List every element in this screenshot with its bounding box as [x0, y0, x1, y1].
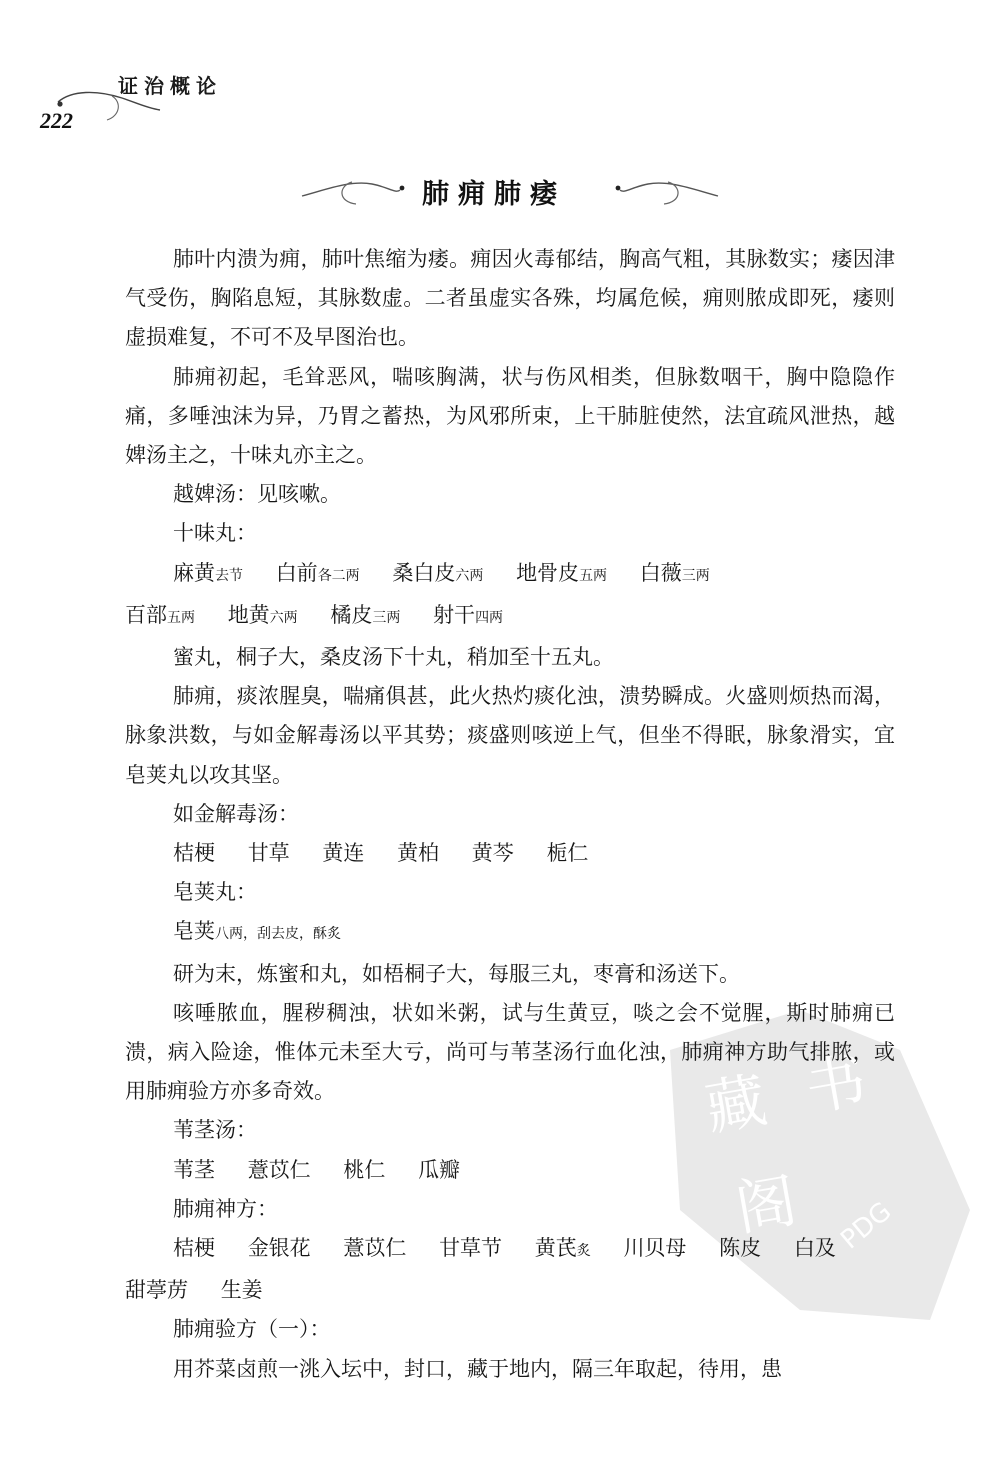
ingredient-list: 桔梗 甘草 黄连 黄柏 黄芩 栀仁: [125, 834, 895, 873]
recipe-heading: 肺痈神方：: [125, 1190, 895, 1229]
ingredient-note: 五两: [167, 610, 195, 626]
ingredient-name: 麻黄: [173, 561, 215, 585]
ingredient-name: 生姜: [221, 1278, 263, 1302]
paragraph: 肺痈，痰浓腥臭，喘痛俱甚，此火热灼痰化浊，溃势瞬成。火盛则烦热而渴，脉象洪数，与…: [125, 677, 895, 795]
ingredient-name: 地骨皮: [516, 561, 579, 585]
ingredient-name: 桔梗: [173, 1236, 215, 1260]
ingredient-name: 薏苡仁: [343, 1236, 406, 1260]
paragraph: 肺叶内溃为痈，肺叶焦缩为痿。痈因火毒郁结，胸高气粗，其脉数实；痿因津气受伤，胸陷…: [125, 240, 895, 358]
paragraph: 用芥菜卤煎一洮入坛中，封口，藏于地内，隔三年取起，待用，患: [125, 1350, 895, 1389]
ingredient-note: 五两: [579, 568, 607, 584]
paragraph: 咳唾脓血，腥秽稠浊，状如米粥，试与生黄豆，啖之会不觉腥，斯时肺痈已溃，病入险途，…: [125, 994, 895, 1112]
paragraph: 研为末，炼蜜和丸，如梧桐子大，每服三丸，枣膏和汤送下。: [125, 955, 895, 994]
ingredient-note: 四两: [475, 610, 503, 626]
ingredient-name: 金银花: [248, 1236, 311, 1260]
ingredient-name: 地黄: [228, 603, 270, 627]
ingredient-list: 麻黄去节 白前各二两 桑白皮六两 地骨皮五两 白薇三两: [125, 554, 895, 596]
page-number: 222: [40, 108, 73, 134]
ingredient-name: 甘草: [248, 841, 290, 865]
ingredient-name: 黄连: [322, 841, 364, 865]
ingredient-list: 皂荚八两，刮去皮，酥炙: [125, 912, 895, 954]
ingredient-note: 八两，刮去皮，酥炙: [215, 926, 341, 942]
ingredient-name: 皂荚: [173, 919, 215, 943]
ingredient-name: 瓜瓣: [418, 1158, 460, 1182]
recipe-heading: 肺痈验方（一）：: [125, 1310, 895, 1349]
ingredient-name: 黄柏: [397, 841, 439, 865]
ingredient-name: 桃仁: [343, 1158, 385, 1182]
ingredient-list: 苇茎 薏苡仁 桃仁 瓜瓣: [125, 1151, 895, 1190]
ingredient-name: 甘草节: [439, 1236, 502, 1260]
ingredient-note: 六两: [270, 610, 298, 626]
ingredient-name: 桔梗: [173, 841, 215, 865]
ingredient-name: 橘皮: [330, 603, 372, 627]
section-title: 肺痈肺痿: [422, 172, 566, 211]
flourish-right-icon: [610, 174, 720, 208]
ingredient-note: 炙: [577, 1243, 591, 1259]
paragraph: 肺痈初起，毛耸恶风，喘咳胸满，状与伤风相类，但脉数咽干，胸中隐隐作痛，多唾浊沫为…: [125, 358, 895, 476]
body-text: 肺叶内溃为痈，肺叶焦缩为痿。痈因火毒郁结，胸高气粗，其脉数实；痿因津气受伤，胸陷…: [125, 240, 895, 1389]
ingredient-name: 薏苡仁: [248, 1158, 311, 1182]
ingredient-note: 去节: [215, 568, 243, 584]
ingredient-list: 百部五两 地黄六两 橘皮三两 射干四两: [125, 596, 895, 638]
paragraph: 蜜丸，桐子大，桑皮汤下十丸，稍加至十五丸。: [125, 638, 895, 677]
recipe-heading: 十味丸：: [125, 514, 895, 553]
ingredient-name: 陈皮: [719, 1236, 761, 1260]
flourish-left-icon: [300, 174, 410, 208]
ingredient-name: 射干: [433, 603, 475, 627]
recipe-reference: 越婢汤：见咳嗽。: [125, 475, 895, 514]
ingredient-name: 甜葶苈: [125, 1278, 188, 1302]
ingredient-name: 白薇: [640, 561, 682, 585]
ingredient-name: 桑白皮: [392, 561, 455, 585]
recipe-heading: 如金解毒汤：: [125, 795, 895, 834]
ingredient-note: 三两: [682, 568, 710, 584]
ingredient-name: 栀仁: [546, 841, 588, 865]
recipe-heading: 苇茎汤：: [125, 1111, 895, 1150]
section-title-block: 肺痈肺痿: [300, 168, 720, 218]
ingredient-list: 甜葶苈 生姜: [125, 1271, 895, 1310]
ingredient-name: 苇茎: [173, 1158, 215, 1182]
recipe-heading: 皂荚丸：: [125, 873, 895, 912]
ingredient-name: 黄芩: [472, 841, 514, 865]
ingredient-name: 白及: [794, 1236, 836, 1260]
ingredient-list: 桔梗 金银花 薏苡仁 甘草节 黄芪炙 川贝母 陈皮 白及: [125, 1229, 895, 1271]
ingredient-note: 三两: [372, 610, 400, 626]
ingredient-name: 百部: [125, 603, 167, 627]
ingredient-note: 各二两: [318, 568, 360, 584]
ingredient-name: 黄芪: [535, 1236, 577, 1260]
ingredient-name: 川贝母: [623, 1236, 686, 1260]
ingredient-name: 白前: [276, 561, 318, 585]
ingredient-note: 六两: [455, 568, 483, 584]
